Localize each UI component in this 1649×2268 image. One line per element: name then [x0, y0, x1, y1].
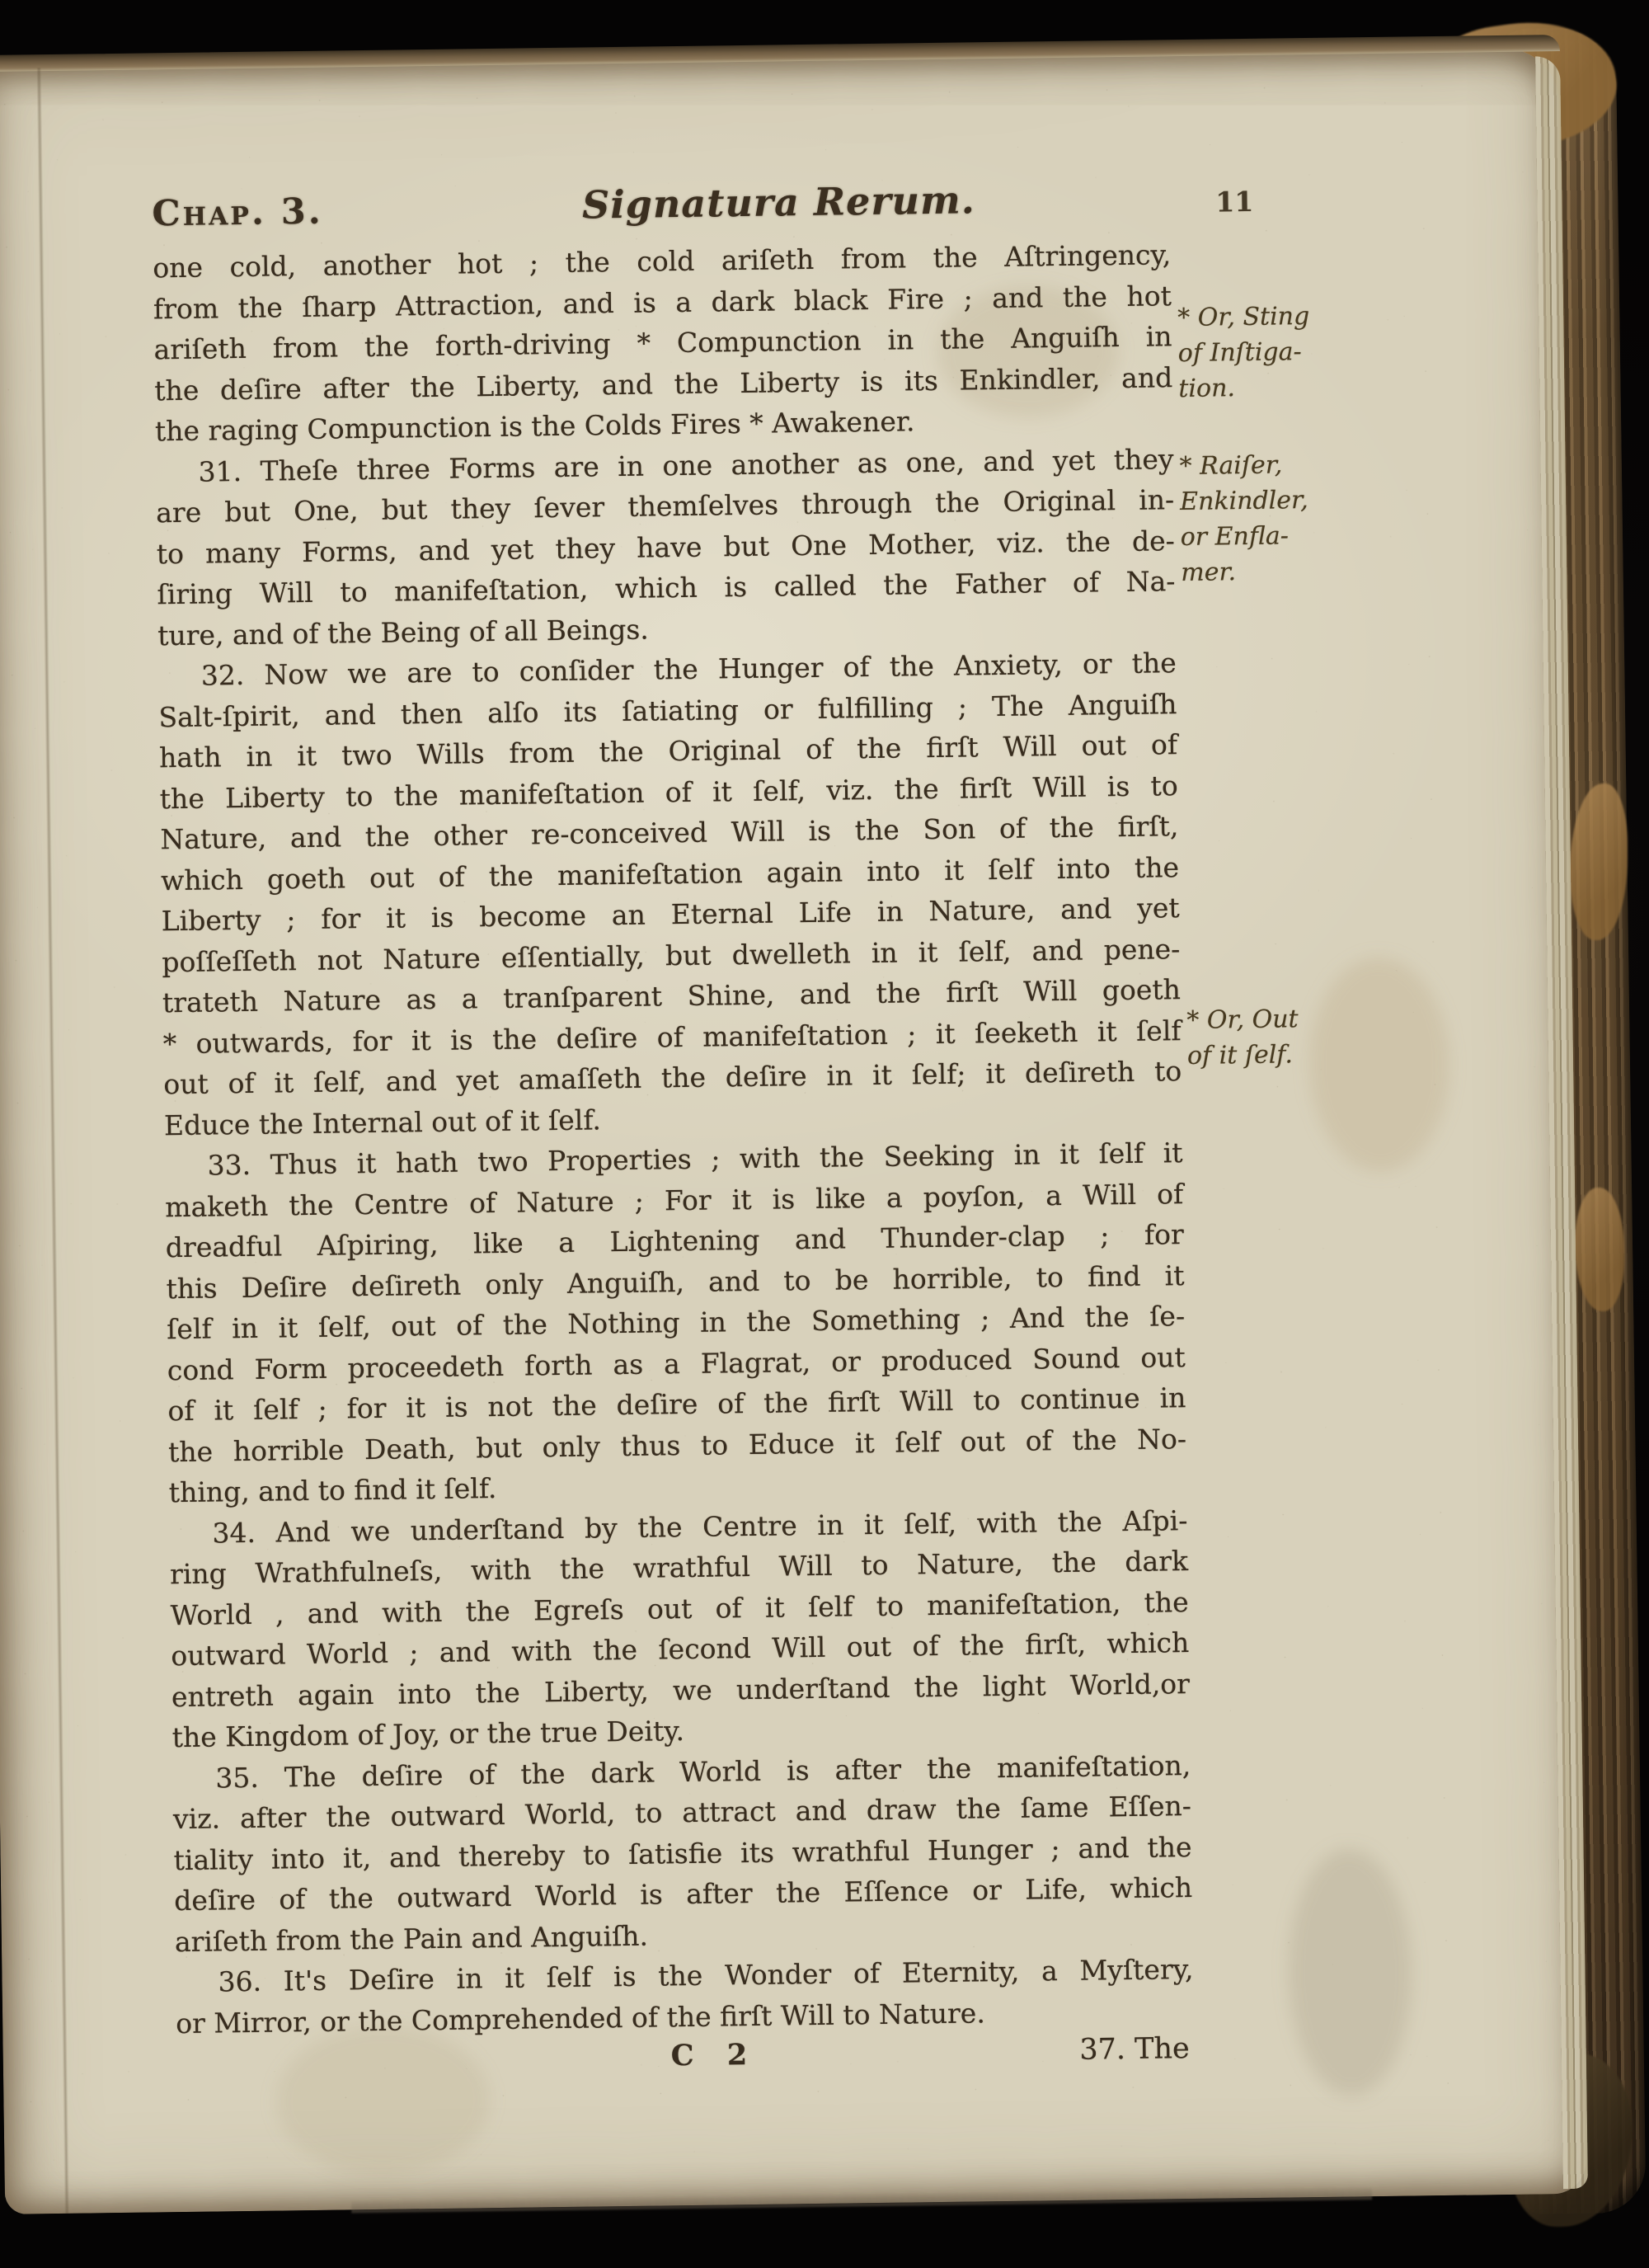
margin-note-line: of Inſtiga-	[1178, 333, 1344, 371]
margin-note-line: * Or, Sting	[1177, 298, 1343, 336]
book-page: Chap. 3. Signatura Rerum. 11 one cold, a…	[0, 48, 1586, 2214]
paragraph: 36. It's Deſire in it ſelf is the Wonder…	[175, 1949, 1194, 2044]
margin-note-line: of it ſelf.	[1187, 1036, 1353, 1074]
running-title: Signatura Rerum.	[506, 176, 1051, 228]
margin-note: * Or, Stingof Inſtiga-tion.	[1177, 298, 1344, 407]
margin-note: * Raiſer,Enkindler,or Enfla-mer.	[1179, 446, 1346, 591]
gutter-crease	[36, 68, 69, 2214]
body-text: one cold, another hot ; the cold ariſeth…	[153, 234, 1194, 2044]
margin-note-line: * Raiſer,	[1179, 446, 1345, 484]
page-number: 11	[1215, 186, 1253, 219]
chapter-label: Chap. 3.	[152, 191, 323, 235]
margin-note: * Or, Outof it ſelf.	[1186, 1000, 1352, 1074]
paragraph: 35. The deſire of the dark World is afte…	[172, 1745, 1193, 1963]
paragraph: 32. Now we are to conſider the Hunger of…	[158, 642, 1183, 1146]
margin-note-line: Enkindler,	[1180, 482, 1346, 520]
paragraph: 31. Theſe three Forms are in one another…	[155, 439, 1176, 656]
margin-note-line: tion.	[1178, 369, 1344, 407]
paper-stain	[1287, 1848, 1414, 2097]
margin-note-line: or Enfla-	[1180, 517, 1346, 555]
paragraph: one cold, another hot ; the cold ariſeth…	[153, 234, 1173, 452]
paragraph: 33. Thus it hath two Properties ; with t…	[164, 1132, 1187, 1513]
signature-mark: C 2	[671, 2038, 759, 2073]
book-scan: Chap. 3. Signatura Rerum. 11 one cold, a…	[0, 0, 1649, 2268]
paragraph: 34. And we underſtand by the Centre in i…	[169, 1500, 1191, 1758]
page-bottom-edge	[351, 2186, 1372, 2213]
page-header: Chap. 3. Signatura Rerum. 11	[152, 172, 1373, 241]
catchword: 37. The	[1079, 2032, 1190, 2067]
margin-note-line: mer.	[1181, 553, 1346, 591]
margin-note-line: * Or, Out	[1186, 1000, 1352, 1038]
